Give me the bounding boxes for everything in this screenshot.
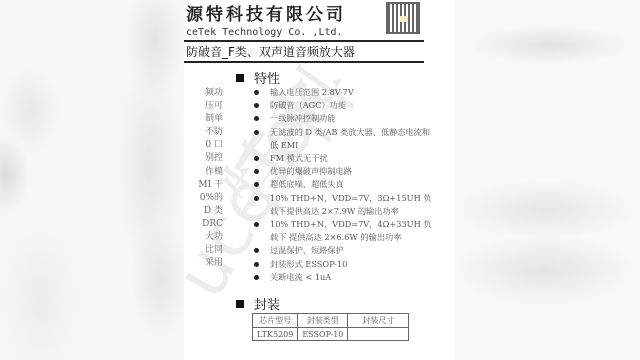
side-text-line: 频功 [187, 87, 223, 100]
side-text-line: 采用 [187, 257, 223, 270]
features-list: 输入电压范围 2.8V-7V 防破音（AGC）功能 一线脉冲控制功能 无滤波的 … [252, 86, 432, 284]
feature-item: 封装形式 ESSOP-10 [252, 258, 432, 271]
column-header: 芯片型号 [253, 314, 298, 328]
feature-item: 输入电压范围 2.8V-7V [252, 86, 432, 99]
feature-item: 优异的爆破声抑制电路 [252, 165, 432, 178]
package-heading: 封装 [236, 294, 280, 313]
feature-item: 10% THD+N，VDD=7V，3Ω+15UH 负载下提供高达 2×7.9W … [252, 192, 432, 218]
feature-item: FM 模式无干扰 [252, 152, 432, 165]
side-text-column: 频功 压可 制单 不防 0 口 别控 作模 MI 干 0%的 D 类 DRC 大… [187, 87, 223, 270]
feature-item: 超低底噪、超低失真 [252, 178, 432, 191]
features-heading: 特性 [236, 68, 280, 87]
feature-item: 防破音（AGC）功能 [252, 99, 432, 112]
package-table: 芯片型号 封装类型 封装尺寸 LTK5209 ESSOP-10 [252, 313, 409, 341]
side-text-line: 别控 [187, 152, 223, 165]
feature-item: 一线脉冲控制功能 [252, 112, 432, 125]
side-text-line: 不防 [187, 126, 223, 139]
side-text-line: 大功 [187, 231, 223, 244]
table-cell [348, 328, 409, 341]
blurred-background-left [0, 0, 185, 360]
divider-bottom [184, 61, 424, 63]
side-text-line: D 类 [187, 205, 223, 218]
side-text-line: 制单 [187, 113, 223, 126]
feature-item: 无滤波的 D 类/AB 类放大器、低静态电流和低 EMI [252, 126, 432, 152]
side-text-line: 比同 [187, 244, 223, 257]
document-title: 防破音_F类、双声道音频放大器 [186, 43, 355, 60]
square-bullet-icon [236, 300, 244, 308]
features-heading-label: 特性 [254, 68, 280, 87]
blurred-background-right [455, 0, 640, 360]
company-name-cn: 源特科技有限公司 [186, 0, 346, 25]
square-bullet-icon [236, 74, 244, 82]
side-text-line: MI 干 [187, 179, 223, 192]
side-text-line: 0%的 [187, 192, 223, 205]
divider-top [184, 40, 424, 42]
feature-item: 10% THD+N，VDD=7V，4Ω+33UH 负载下 提供高达 2×6.6W… [252, 218, 432, 244]
company-name-en: ceTek Technology Co. ,Ltd. [186, 27, 343, 38]
side-text-line: 压可 [187, 100, 223, 113]
feature-item: 过温保护、短路保护 [252, 244, 432, 257]
column-header: 封装尺寸 [348, 314, 409, 328]
qr-code-icon [386, 2, 420, 34]
table-cell: LTK5209 [253, 328, 298, 341]
table-cell: ESSOP-10 [298, 328, 348, 341]
datasheet-page: 特科 uceTek 源特科技有限公司 ceTek Technology Co. … [184, 0, 454, 360]
side-text-line: 作模 [187, 166, 223, 179]
side-text-line: 0 口 [187, 139, 223, 152]
table-header-row: 芯片型号 封装类型 封装尺寸 [253, 314, 409, 328]
side-text-line: DRC [187, 218, 223, 231]
column-header: 封装类型 [298, 314, 348, 328]
feature-item: 关断电流 < 1uA [252, 271, 432, 284]
table-row: LTK5209 ESSOP-10 [253, 328, 409, 341]
package-heading-label: 封装 [254, 294, 280, 313]
